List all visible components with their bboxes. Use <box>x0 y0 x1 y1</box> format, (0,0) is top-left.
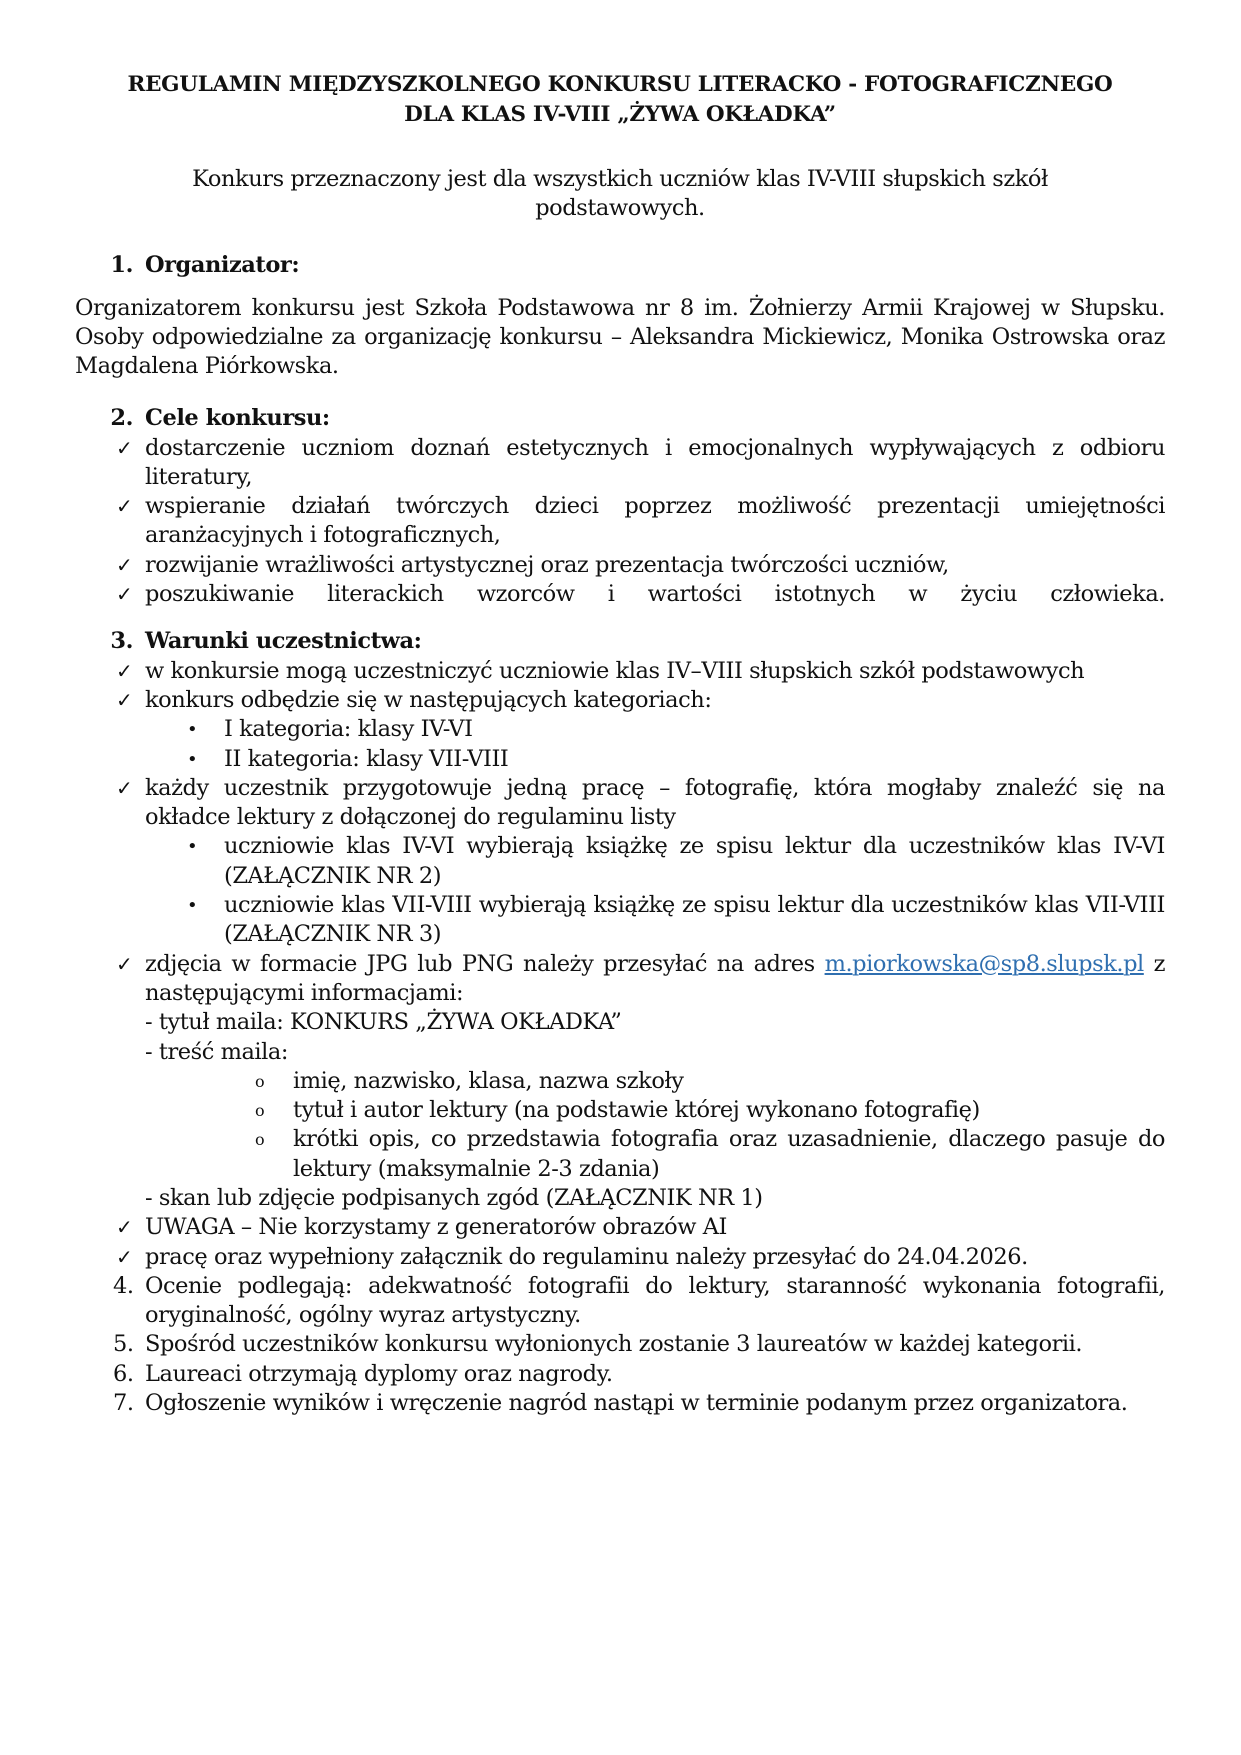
checkmark-icon: ✓ <box>75 774 145 803</box>
condition-item: ✓ każdy uczestnik przygotowuje jedną pra… <box>75 774 1165 833</box>
bullet-icon: • <box>187 891 224 950</box>
goal-item: ✓ rozwijanie wrażliwości artystycznej or… <box>75 551 1165 580</box>
circle-bullet-icon: o <box>255 1067 293 1096</box>
condition-item: ✓ w konkursie mogą uczestniczyć uczniowi… <box>75 657 1165 686</box>
goal-item: ✓ dostarczenie uczniom doznań estetyczny… <box>75 434 1165 493</box>
intro-text: Konkurs przeznaczony jest dla wszystkich… <box>115 165 1125 224</box>
circle-bullet-icon: o <box>255 1096 293 1125</box>
category-item: • II kategoria: klasy VII-VIII <box>187 745 1165 774</box>
checkmark-icon: ✓ <box>75 657 145 686</box>
checkmark-icon: ✓ <box>75 492 145 521</box>
numbered-point: 7. Ogłoszenie wyników i wręczenie nagród… <box>75 1389 1165 1418</box>
condition-item: ✓ UWAGA – Nie korzystamy z generatorów o… <box>75 1213 1165 1242</box>
goal-item: ✓ wspieranie działań twórczych dzieci po… <box>75 492 1165 551</box>
condition-item: ✓ konkurs odbędzie się w następujących k… <box>75 686 1165 715</box>
organizer-paragraph: Organizatorem konkursu jest Szkoła Podst… <box>75 294 1165 382</box>
checkmark-icon: ✓ <box>75 1213 145 1242</box>
point-number: 7. <box>75 1389 145 1418</box>
goal-item: ✓ poszukiwanie literackich wzorców i war… <box>75 580 1165 609</box>
circle-bullet-icon: o <box>255 1125 293 1184</box>
point-number: 6. <box>75 1360 145 1389</box>
email-link[interactable]: m.piorkowska@sp8.slupsk.pl <box>825 951 1144 977</box>
section-title: Cele konkursu: <box>145 404 330 433</box>
section-heading-conditions: 3. Warunki uczestnictwa: <box>75 627 1165 656</box>
point-number: 4. <box>75 1272 145 1301</box>
mail-body-item: o krótki opis, co przedstawia fotografia… <box>255 1125 1165 1184</box>
mail-body-item: o imię, nazwisko, klasa, nazwa szkoły <box>255 1067 1165 1096</box>
section-number: 3. <box>100 627 145 656</box>
category-item: • I kategoria: klasy IV-VI <box>187 715 1165 744</box>
checkmark-icon: ✓ <box>75 551 145 580</box>
condition-item: ✓ pracę oraz wypełniony załącznik do reg… <box>75 1243 1165 1272</box>
mail-title-line: - tytuł maila: KONKURS „ŻYWA OKŁADKA” <box>145 1008 1165 1037</box>
submission-text: zdjęcia w formacie JPG lub PNG należy pr… <box>145 951 815 977</box>
condition-item: ✓ zdjęcia w formacie JPG lub PNG należy … <box>75 950 1165 1009</box>
section-title: Organizator: <box>145 251 299 280</box>
checkmark-icon: ✓ <box>75 580 145 609</box>
title-line-2: DLA KLAS IV-VIII „ŻYWA OKŁADKA” <box>404 102 836 127</box>
point-number: 5. <box>75 1330 145 1359</box>
section-number: 1. <box>100 251 145 280</box>
bullet-icon: • <box>187 715 224 744</box>
checkmark-icon: ✓ <box>75 1243 145 1272</box>
checkmark-icon: ✓ <box>75 950 145 979</box>
section-heading-goals: 2. Cele konkursu: <box>75 404 1165 433</box>
book-list-item: • uczniowie klas IV-VI wybierają książkę… <box>187 832 1165 891</box>
book-list-item: • uczniowie klas VII-VIII wybierają ksią… <box>187 891 1165 950</box>
bullet-icon: • <box>187 832 224 891</box>
checkmark-icon: ✓ <box>75 434 145 463</box>
title-line-1: REGULAMIN MIĘDZYSZKOLNEGO KONKURSU LITER… <box>128 72 1113 97</box>
numbered-point: 6. Laureaci otrzymają dyplomy oraz nagro… <box>75 1360 1165 1389</box>
mail-body-item: o tytuł i autor lektury (na podstawie kt… <box>255 1096 1165 1125</box>
bullet-icon: • <box>187 745 224 774</box>
numbered-point: 4. Ocenie podlegają: adekwatność fotogra… <box>75 1272 1165 1331</box>
mail-attachment-line: - skan lub zdjęcie podpisanych zgód (ZAŁ… <box>145 1184 1165 1213</box>
mail-body-line: - treść maila: <box>145 1038 1165 1067</box>
numbered-point: 5. Spośród uczestników konkursu wyłonion… <box>75 1330 1165 1359</box>
section-heading-organizer: 1. Organizator: <box>75 251 1165 280</box>
section-number: 2. <box>100 404 145 433</box>
checkmark-icon: ✓ <box>75 686 145 715</box>
section-title: Warunki uczestnictwa: <box>145 627 421 656</box>
document-title: REGULAMIN MIĘDZYSZKOLNEGO KONKURSU LITER… <box>75 70 1165 130</box>
document-page: REGULAMIN MIĘDZYSZKOLNEGO KONKURSU LITER… <box>75 70 1165 1418</box>
